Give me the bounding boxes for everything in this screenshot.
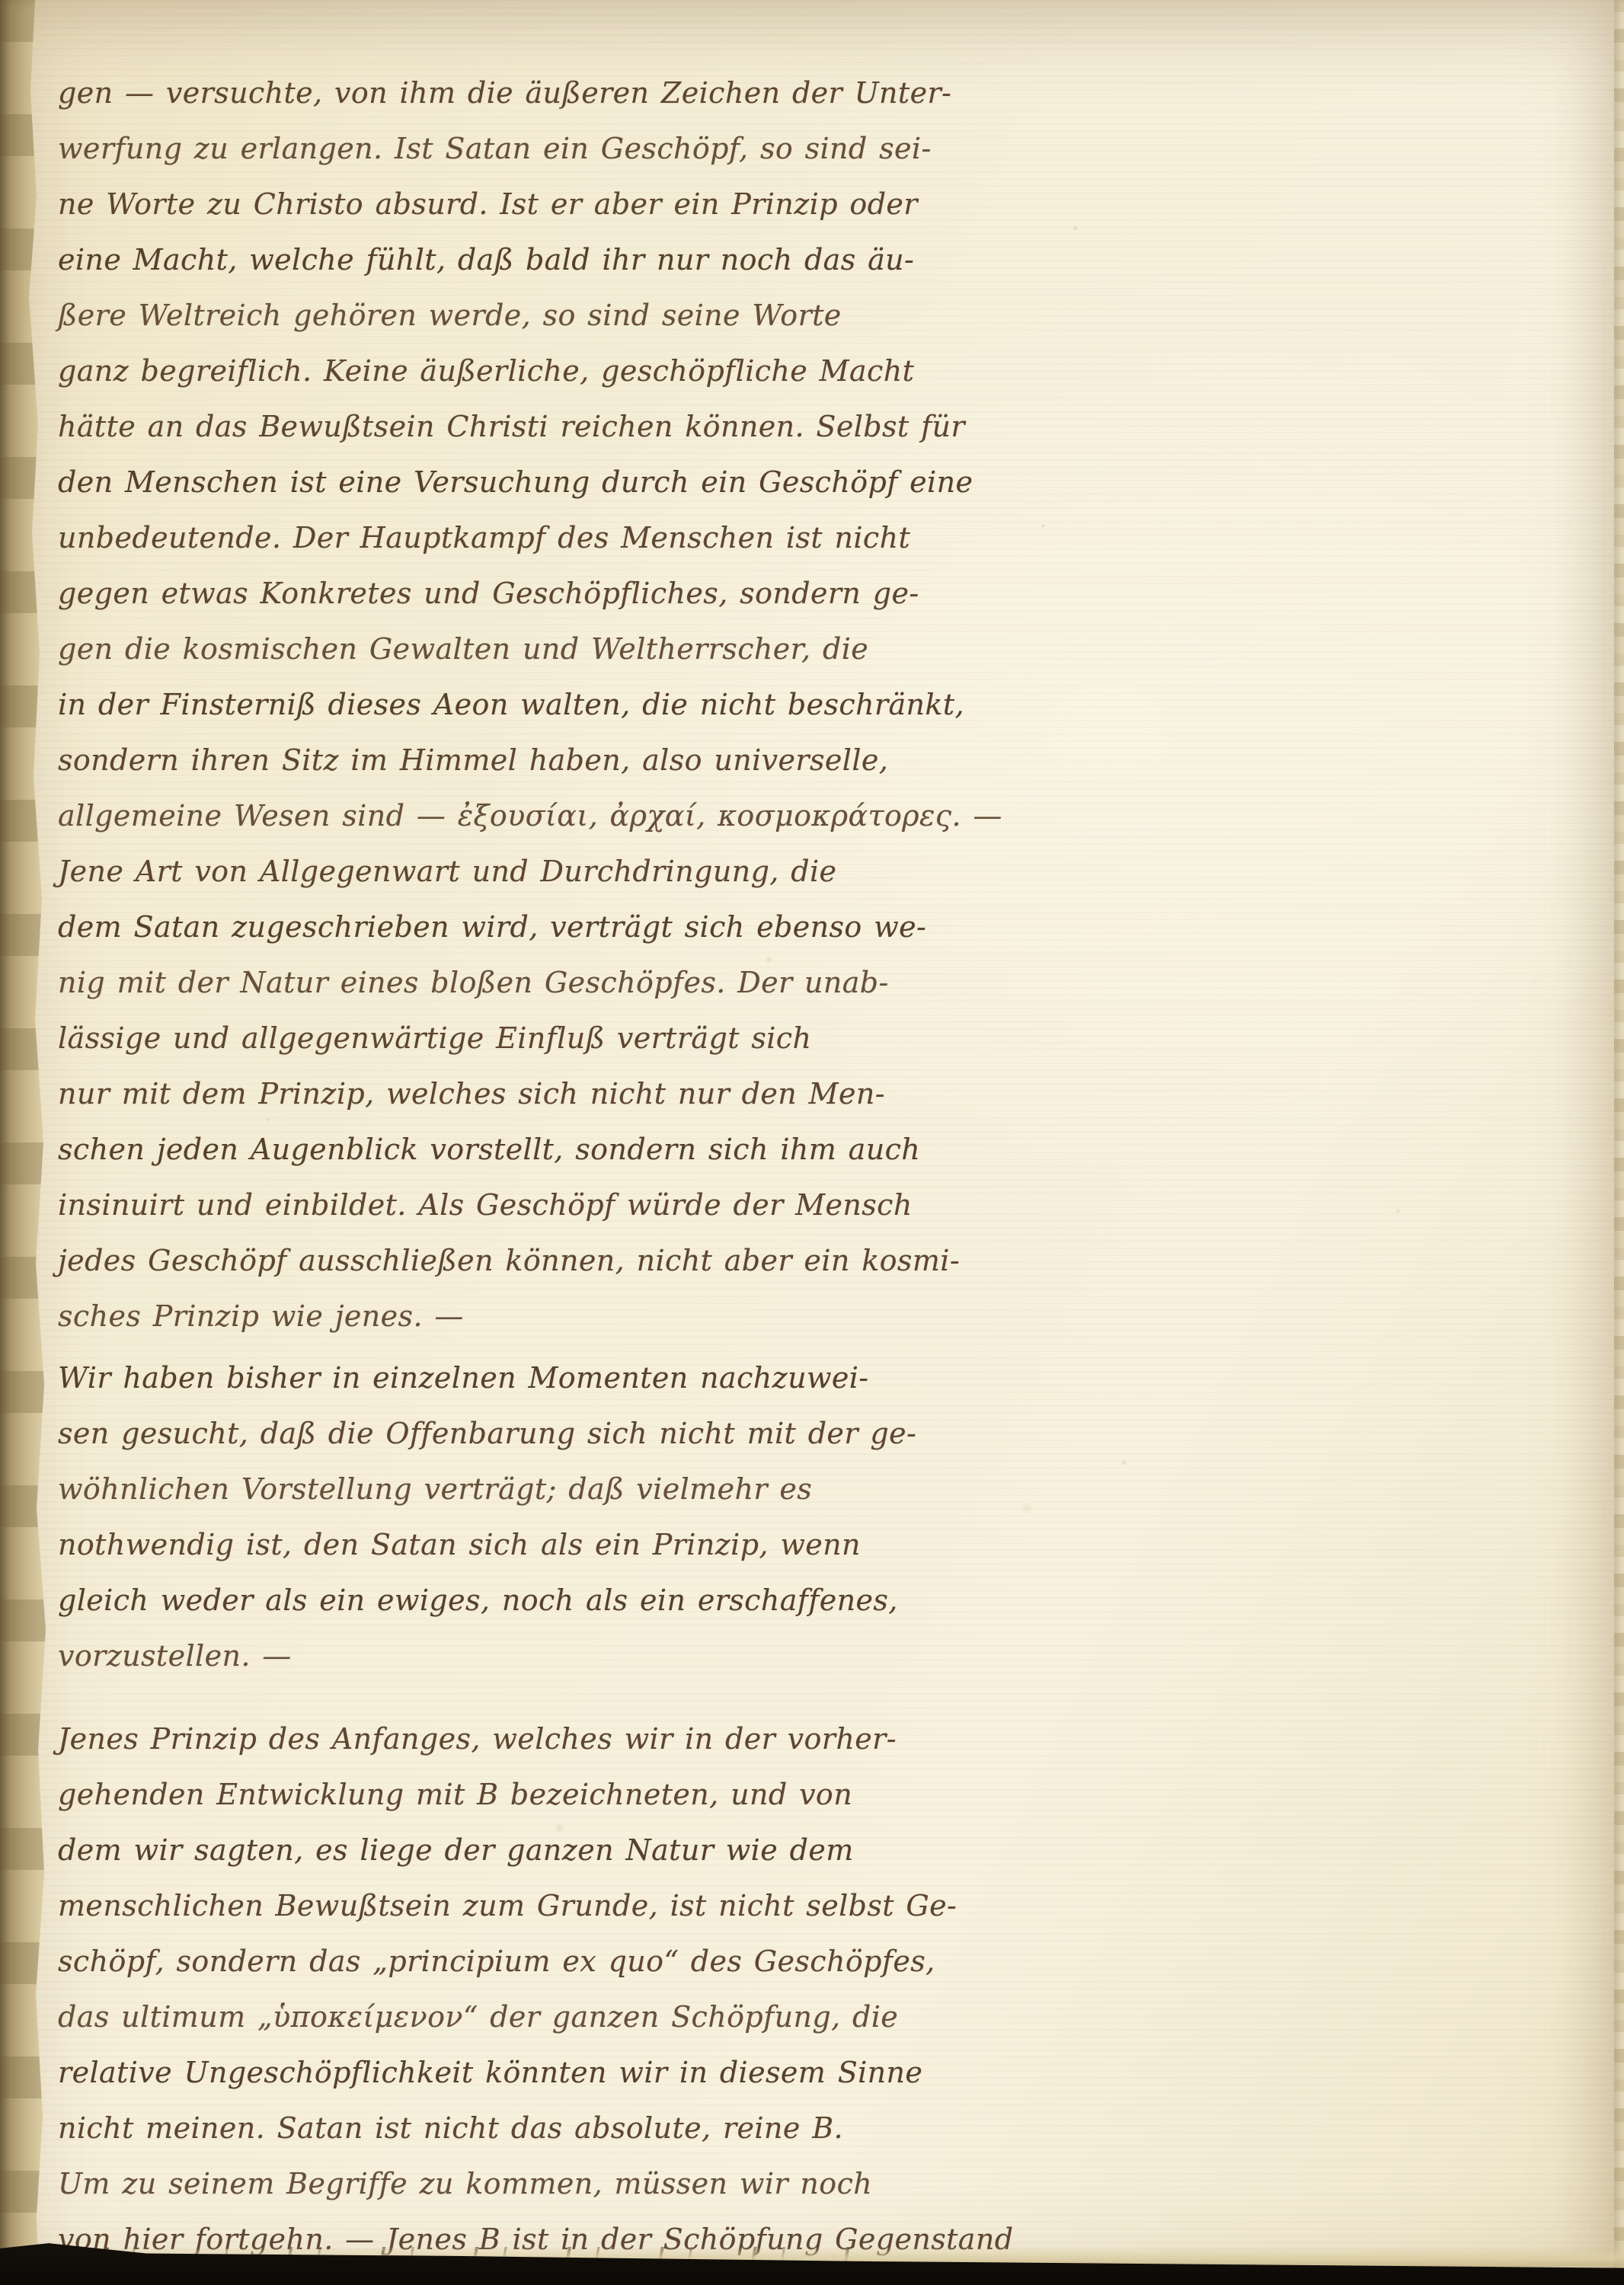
manuscript-line: allgemeine Wesen sind — ἐξουσίαι, ἀρχαί,… (58, 788, 957, 844)
manuscript-line: nur mit dem Prinzip, welches sich nicht … (58, 1066, 957, 1122)
manuscript-line: eine Macht, welche fühlt, daß bald ihr n… (58, 232, 957, 288)
manuscript-line: Jenes Prinzip des Anfanges, welches wir … (58, 1711, 957, 1767)
manuscript-line: dem wir sagten, es liege der ganzen Natu… (58, 1823, 957, 1878)
manuscript-line: menschlichen Bewußtsein zum Grunde, ist … (58, 1878, 957, 1934)
manuscript-line: gen die kosmischen Gewalten und Weltherr… (58, 622, 957, 677)
manuscript-line: ganz begreiflich. Keine äußerliche, gesc… (58, 344, 957, 399)
manuscript-line: Wir haben bisher in einzelnen Momenten n… (58, 1350, 957, 1406)
manuscript-line: wöhnlichen Vorstellung verträgt; daß vie… (58, 1462, 957, 1517)
manuscript-line: hätte an das Bewußtsein Christi reichen … (58, 399, 957, 455)
page-stack-edge (1614, 0, 1624, 2285)
manuscript-line: jedes Geschöpf ausschließen können, nich… (58, 1233, 957, 1289)
manuscript-line: relative Ungeschöpflichkeit könnten wir … (58, 2045, 957, 2101)
manuscript-line: nothwendig ist, den Satan sich als ein P… (58, 1517, 957, 1573)
manuscript-line: lässige und allgegenwärtige Einfluß vert… (58, 1011, 957, 1066)
manuscript-line: ne Worte zu Christo absurd. Ist er aber … (58, 177, 957, 232)
manuscript-line: sen gesucht, daß die Offenbarung sich ni… (58, 1406, 957, 1462)
manuscript-line: ßere Weltreich gehören werde, so sind se… (58, 288, 957, 344)
manuscript-line: den Menschen ist eine Versuchung durch e… (58, 455, 957, 510)
manuscript-line: gegen etwas Konkretes und Geschöpfliches… (58, 566, 957, 622)
manuscript-line: gleich weder als ein ewiges, noch als ei… (58, 1573, 957, 1628)
manuscript-line: nig mit der Natur eines bloßen Geschöpfe… (58, 955, 957, 1011)
manuscript-line: sches Prinzip wie jenes. — (58, 1289, 957, 1344)
manuscript-line: das ultimum „ὑποκείμενον“ der ganzen Sch… (58, 1989, 957, 2045)
manuscript-line: vorzustellen. — (58, 1628, 957, 1684)
manuscript-line: schen jeden Augenblick vorstellt, sonder… (58, 1122, 957, 1178)
manuscript-line: sondern ihren Sitz im Himmel haben, also… (58, 733, 957, 788)
manuscript-line: werfung zu erlangen. Ist Satan ein Gesch… (58, 121, 957, 177)
manuscript-line: schöpf, sondern das „principium ex quo“ … (58, 1934, 957, 1989)
manuscript-line: Um zu seinem Begriffe zu kommen, müssen … (58, 2156, 957, 2212)
manuscript-text-block: gen — versuchte, von ihm die äußeren Zei… (58, 66, 957, 2267)
manuscript-line: insinuirt und einbildet. Als Geschöpf wü… (58, 1178, 957, 1233)
manuscript-line: nicht meinen. Satan ist nicht das absolu… (58, 2101, 957, 2156)
manuscript-line: unbedeutende. Der Hauptkampf des Mensche… (58, 510, 957, 566)
manuscript-line: Jene Art von Allgegenwart und Durchdring… (58, 844, 957, 900)
manuscript-line: gehenden Entwicklung mit B bezeichneten,… (58, 1767, 957, 1823)
manuscript-scan: gen — versuchte, von ihm die äußeren Zei… (0, 0, 1624, 2285)
manuscript-line: in der Finsterniß dieses Aeon walten, di… (58, 677, 957, 733)
manuscript-line: gen — versuchte, von ihm die äußeren Zei… (58, 66, 957, 121)
manuscript-line: dem Satan zugeschrieben wird, verträgt s… (58, 900, 957, 955)
